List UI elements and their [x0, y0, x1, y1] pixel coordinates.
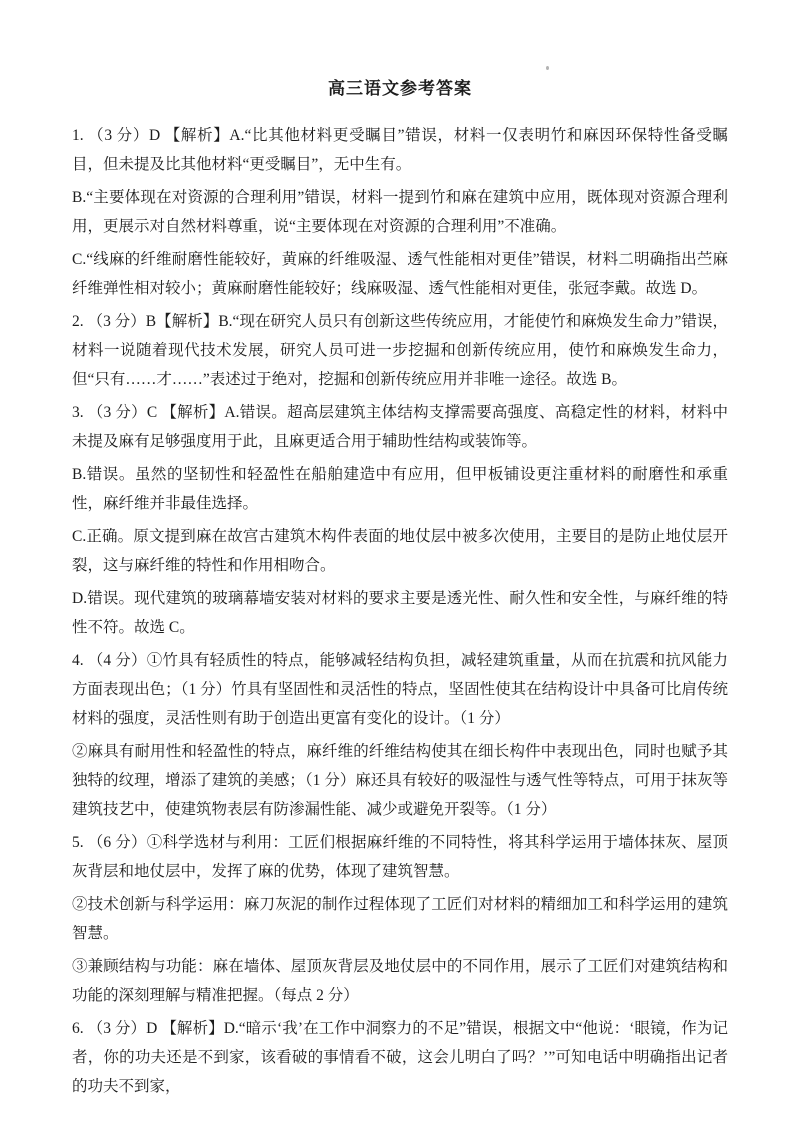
answer-paragraph: 1. （3 分）D 【解析】A.“比其他材料更受瞩目”错误，材料一仅表明竹和麻因… [72, 121, 728, 179]
answer-paragraph: 3. （3 分）C 【解析】A.错误。超高层建筑主体结构支撑需要高强度、高稳定性… [72, 398, 728, 456]
answer-paragraph: B.“主要体现在对资源的合理利用”错误，材料一提到竹和麻在建筑中应用，既体现对资… [72, 183, 728, 241]
answer-paragraph: B.错误。虽然的坚韧性和轻盈性在船舶建造中有应用，但甲板铺设更注重材料的耐磨性和… [72, 460, 728, 518]
page-title: 高三语文参考答案 [72, 74, 728, 99]
answer-paragraph: ②麻具有耐用性和轻盈性的特点，麻纤维的纤维结构使其在细长构件中表现出色，同时也赋… [72, 737, 728, 824]
answer-paragraph: 4. （4 分）①竹具有轻质性的特点，能够减轻结构负担，减轻建筑重量，从而在抗震… [72, 646, 728, 733]
document-body: 1. （3 分）D 【解析】A.“比其他材料更受瞩目”错误，材料一仅表明竹和麻因… [72, 121, 728, 1101]
stray-mark [546, 66, 549, 70]
answer-paragraph: 2. （3 分）B【解析】B.“现在研究人员只有创新这些传统应用，才能使竹和麻焕… [72, 307, 728, 394]
answer-paragraph: ②技术创新与科学运用：麻刀灰泥的制作过程体现了工匠们对材料的精细加工和科学运用的… [72, 890, 728, 948]
answer-paragraph: D.错误。现代建筑的玻璃幕墙安装对材料的要求主要是透光性、耐久性和安全性，与麻纤… [72, 584, 728, 642]
answer-paragraph: 5. （6 分）①科学选材与利用：工匠们根据麻纤维的不同特性，将其科学运用于墙体… [72, 828, 728, 886]
answer-paragraph: C.“线麻的纤维耐磨性能较好，黄麻的纤维吸湿、透气性能相对更佳”错误，材料二明确… [72, 245, 728, 303]
answer-paragraph: 6. （3 分）D 【解析】D.“暗示‘我’在工作中洞察力的不足”错误，根据文中… [72, 1014, 728, 1101]
document-page: 高三语文参考答案 1. （3 分）D 【解析】A.“比其他材料更受瞩目”错误，材… [0, 0, 800, 1132]
answer-paragraph: C.正确。原文提到麻在故宫古建筑木构件表面的地仗层中被多次使用，主要目的是防止地… [72, 522, 728, 580]
answer-paragraph: ③兼顾结构与功能：麻在墙体、屋顶灰背层及地仗层中的不同作用，展示了工匠们对建筑结… [72, 952, 728, 1010]
